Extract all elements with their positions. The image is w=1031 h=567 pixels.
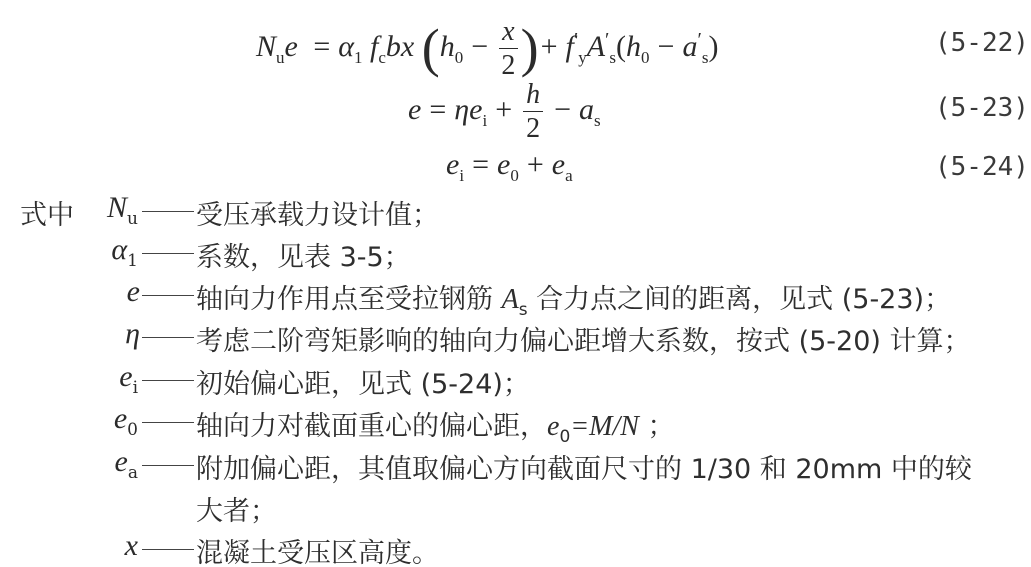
definition-text: 系数，见表 3-5； — [196, 235, 411, 274]
sub: 0 — [455, 48, 464, 67]
var-e: e — [408, 93, 421, 126]
sub: c — [378, 48, 386, 67]
sub: u — [276, 48, 285, 67]
sub: 0 — [127, 420, 138, 440]
left-paren: ( — [616, 30, 626, 63]
equation-number-5-23: (5-23) — [935, 93, 1029, 123]
sub: 1 — [354, 48, 363, 67]
sub: 0 — [559, 427, 570, 447]
definition-item: Nu 受压承载力设计值； — [0, 191, 1031, 231]
var-a: a — [579, 93, 594, 126]
right-paren: ) — [708, 30, 718, 63]
definition-symbol: Nu — [0, 191, 138, 229]
numerator: x — [499, 17, 517, 49]
formula-M-over-N: =M/N — [570, 411, 639, 442]
var-eta: η — [454, 93, 469, 126]
var-f: f — [565, 30, 573, 63]
denominator: 2 — [499, 49, 517, 80]
sub: y — [578, 48, 587, 67]
sub: i — [459, 166, 464, 185]
symbol: α — [111, 233, 127, 266]
equation-number-5-24: (5-24) — [935, 152, 1029, 182]
numerator: h — [523, 80, 543, 112]
definition-item: ei 初始偏心距，见式 (5-24)； — [0, 360, 1031, 400]
var-a: a — [682, 30, 697, 63]
sub: a — [565, 166, 573, 185]
definition-text-continuation: 大者； — [196, 489, 277, 528]
minus-sign: − — [471, 30, 488, 63]
equation-5-23: e=ηei+h2−as — [408, 80, 601, 144]
equals-sign: = — [313, 30, 330, 63]
definition-symbol: e0 — [0, 402, 138, 440]
em-dash — [142, 465, 194, 466]
var-N: N — [256, 30, 276, 63]
text-part: 合力点之间的距离，见式 (5-23)； — [528, 284, 952, 315]
sub: a — [128, 463, 138, 483]
definition-text: 受压承载力设计值； — [196, 193, 439, 232]
var-e: e — [446, 148, 459, 181]
equals-sign: = — [429, 93, 446, 126]
var-e: e — [552, 148, 565, 181]
sub: 1 — [127, 251, 138, 271]
em-dash — [142, 380, 194, 381]
var-bx: bx — [386, 30, 414, 63]
right-paren: ) — [521, 18, 539, 78]
equation-number-5-22: (5-22) — [935, 28, 1029, 58]
definition-symbol: e — [0, 275, 140, 309]
symbol: N — [107, 191, 127, 224]
plus-sign: + — [495, 93, 512, 126]
equation-5-22: Nue =α1 fcbx (h0−x2)+f′yA′s(h0−a′s) — [256, 17, 718, 81]
definition-item: e 轴向力作用点至受拉钢筋 As 合力点之间的距离，见式 (5-23)； — [0, 275, 1031, 315]
var-e: e — [285, 30, 298, 63]
sub: 0 — [510, 166, 519, 185]
var-e: e — [497, 148, 510, 181]
em-dash — [142, 211, 194, 212]
definition-item: η 考虑二阶弯矩影响的轴向力偏心距增大系数，按式 (5-20) 计算； — [0, 317, 1031, 357]
sub: s — [594, 111, 601, 130]
var-e: e — [469, 93, 482, 126]
symbol-A: A — [502, 284, 519, 315]
var-h: h — [626, 30, 641, 63]
em-dash — [142, 337, 194, 338]
symbol: e — [115, 445, 128, 478]
em-dash — [142, 549, 194, 550]
definition-text: 混凝土受压区高度。 — [196, 531, 439, 567]
symbol: η — [125, 317, 140, 350]
definition-text: 轴向力作用点至受拉钢筋 As 合力点之间的距离，见式 (5-23)； — [196, 277, 951, 320]
sub: i — [133, 378, 138, 398]
definition-item: x 混凝土受压区高度。 — [0, 529, 1031, 567]
fraction-h-over-2: h2 — [523, 80, 543, 144]
text-part: 轴向力对截面重心的偏心距， — [196, 411, 547, 442]
definition-item: e0 轴向力对截面重心的偏心距，e0=M/N ； — [0, 402, 1031, 442]
symbol-e: e — [547, 411, 559, 442]
em-dash — [142, 295, 194, 296]
equals-sign: = — [472, 148, 489, 181]
var-h: h — [440, 30, 455, 63]
equation-5-24: ei=e0+ea — [446, 150, 573, 184]
plus-sign: + — [541, 30, 558, 63]
minus-sign: − — [658, 30, 675, 63]
symbol: e — [114, 402, 127, 435]
definition-item: ea 附加偏心距，其值取偏心方向截面尺寸的 1/30 和 20mm 中的较 — [0, 445, 1031, 485]
definition-symbol: ea — [0, 445, 138, 483]
symbol: x — [125, 529, 138, 562]
definition-symbol: ei — [0, 360, 138, 398]
symbol: e — [127, 275, 140, 308]
minus-sign: − — [554, 93, 571, 126]
definition-symbol: x — [0, 529, 138, 563]
var-A: A — [587, 30, 605, 63]
definition-symbol: α1 — [0, 233, 138, 271]
em-dash — [142, 253, 194, 254]
em-dash — [142, 422, 194, 423]
text-part: ； — [639, 411, 675, 442]
sub: i — [482, 111, 487, 130]
definition-item: α1 系数，见表 3-5； — [0, 233, 1031, 273]
denominator: 2 — [523, 112, 543, 143]
var-alpha: α — [338, 30, 354, 63]
symbol: e — [119, 360, 132, 393]
plus-sign: + — [527, 148, 544, 181]
definition-symbol: η — [0, 317, 140, 351]
sub: 0 — [641, 48, 650, 67]
fraction-x-over-2: x2 — [499, 17, 517, 81]
left-paren: ( — [422, 18, 440, 78]
definition-text: 轴向力对截面重心的偏心距，e0=M/N ； — [196, 404, 675, 447]
definition-text: 附加偏心距，其值取偏心方向截面尺寸的 1/30 和 20mm 中的较 — [196, 447, 972, 486]
definition-text: 初始偏心距，见式 (5-24)； — [196, 362, 530, 401]
definition-text: 考虑二阶弯矩影响的轴向力偏心距增大系数，按式 (5-20) 计算； — [196, 319, 971, 358]
text-part: 轴向力作用点至受拉钢筋 — [196, 284, 502, 315]
sub: u — [127, 209, 138, 229]
